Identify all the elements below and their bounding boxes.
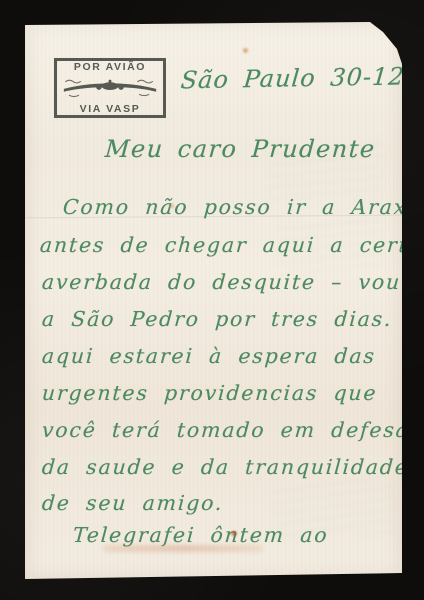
photo-background: POR AVIÃO VIA VASP São Paulo 30-12- xyxy=(0,0,424,600)
stamp-text-por-aviao: POR AVIÃO xyxy=(74,62,146,73)
salutation: Meu caro Prudente xyxy=(104,135,377,163)
airplane-icon xyxy=(60,76,160,100)
letter-line: você terá tomado em defesa xyxy=(41,418,410,442)
airmail-stamp: POR AVIÃO VIA VASP xyxy=(54,58,166,118)
letter-line: a São Pedro por tres dias. E xyxy=(41,307,424,331)
letter-line: de seu amigo. xyxy=(41,491,224,515)
letter-line: averbada do desquite – vou xyxy=(41,270,402,294)
letter-line: antes de chegar aqui a certidão xyxy=(39,233,424,257)
letter-line: Como não posso ir a Araxá xyxy=(62,195,422,219)
letter-paper: POR AVIÃO VIA VASP São Paulo 30-12- xyxy=(25,22,402,579)
stamp-text-via-vasp: VIA VASP xyxy=(80,104,141,115)
letter-line: aqui estarei à espera das xyxy=(41,344,376,368)
foxing-stain xyxy=(243,48,248,53)
dateline: São Paulo 30-12-44 xyxy=(180,62,424,95)
letter-line: da saude e da tranquilidade xyxy=(41,455,409,479)
letter-line: urgentes providencias que xyxy=(41,381,378,405)
foxing-stain xyxy=(170,204,174,208)
letter-line: Telegrafei ôntem ao xyxy=(72,523,329,547)
foxing-stain xyxy=(103,545,263,552)
foxing-stain xyxy=(231,531,237,536)
